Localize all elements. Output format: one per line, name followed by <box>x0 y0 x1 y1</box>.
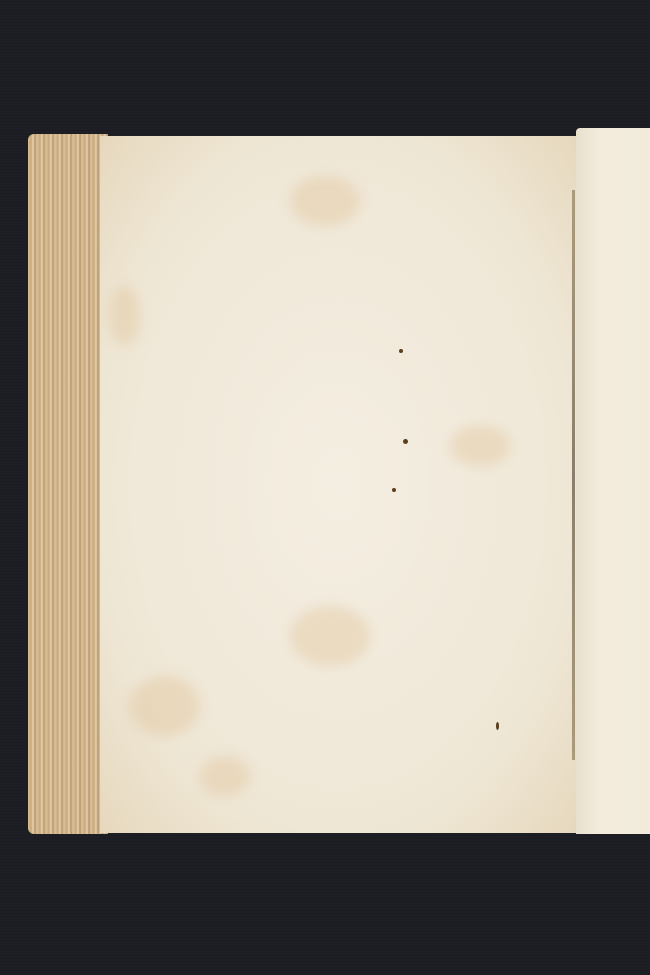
foxing-stain <box>130 676 200 736</box>
ink-speck <box>392 488 396 492</box>
foxing-stain <box>450 426 510 466</box>
foxing-stain <box>110 286 140 346</box>
book-gutter <box>572 190 575 760</box>
facing-right-page <box>576 128 650 834</box>
book-text-block-edge <box>28 134 108 834</box>
foxing-stain <box>290 176 360 226</box>
foxing-stain <box>290 606 370 666</box>
ink-speck <box>496 722 499 730</box>
foxing-stain <box>200 756 250 796</box>
ink-speck <box>399 349 403 353</box>
ink-speck <box>403 439 408 444</box>
blank-left-page <box>100 136 576 833</box>
